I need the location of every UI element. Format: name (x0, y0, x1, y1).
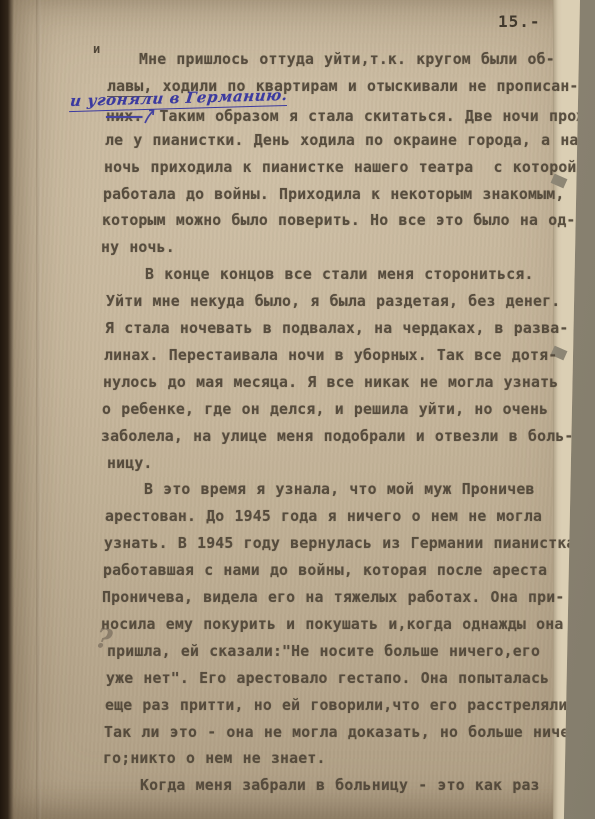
typed-segment: Таким образом я стала скитаться. Две ноч… (159, 108, 585, 125)
typed-line: Когда меня забрали в больницу - это как … (140, 779, 540, 794)
typed-line: них.Таким образом я стала скитаться. Две… (106, 107, 585, 125)
typed-line: работавшая с нами до войны, которая посл… (103, 564, 547, 579)
typed-line: уже нет". Его арестовало гестапо. Она по… (106, 672, 549, 687)
typed-line: пришла, ей сказали:"Не носите больше нич… (107, 645, 540, 660)
page-number: 15.- (498, 14, 541, 30)
typed-line: Мне пришлось оттуда уйти,т.к. кругом был… (139, 53, 555, 68)
photo-left-border (0, 0, 14, 819)
typed-line: В конце концов все стали меня сторонитьс… (145, 268, 534, 283)
typed-line: узнать. В 1945 году вернулась из Германи… (104, 537, 576, 552)
typed-line: ле у пианистки. День ходила по окраине г… (105, 134, 579, 149)
typed-line: Уйти мне некуда было, я была раздетая, б… (106, 295, 560, 310)
scanned-page: 15.- и и угоняли в Германию. Мне пришлос… (6, 0, 580, 819)
insertion-arrow-icon (143, 107, 158, 124)
margin-typed-char: и (93, 43, 100, 55)
typed-line: Я стала ночевать в подвалах, на чердаках… (105, 322, 568, 337)
typed-line: нулось до мая месяца. Я все никак не мог… (103, 376, 558, 391)
typed-line: работала до войны. Приходила к некоторым… (103, 188, 564, 203)
typed-line: заболела, на улице меня подобрали и отве… (101, 430, 574, 445)
typed-line: Так ли это - она не могла доказать, но б… (104, 726, 579, 741)
typed-line: арестован. До 1945 года я ничего о нем н… (105, 510, 542, 525)
typed-line: носила ему покурить и покушать и,когда о… (101, 618, 563, 633)
typed-line: Проничева, видела его на тяжелых работах… (102, 591, 564, 606)
typed-line: еще раз притти, но ей говорили,что его р… (105, 699, 577, 714)
typed-line: линах. Перестаивала ночи в уборных. Так … (104, 349, 557, 364)
typed-line: В это время я узнала, что мой муж Пронич… (144, 483, 535, 498)
typed-line: ницу. (107, 457, 153, 472)
typed-line: о ребенке, где он делся, и решила уйти, … (102, 403, 548, 418)
typed-text-layer: 15.- и и угоняли в Германию. Мне пришлос… (6, 0, 580, 819)
typed-line: ну ночь. (101, 241, 175, 256)
struck-word: них. (106, 108, 142, 125)
typed-line: которым можно было поверить. Но все это … (102, 214, 576, 229)
typed-line: го;никто о нем не знает. (103, 752, 326, 767)
typed-line: ночь приходила к пианистке нашего театра… (104, 161, 577, 176)
